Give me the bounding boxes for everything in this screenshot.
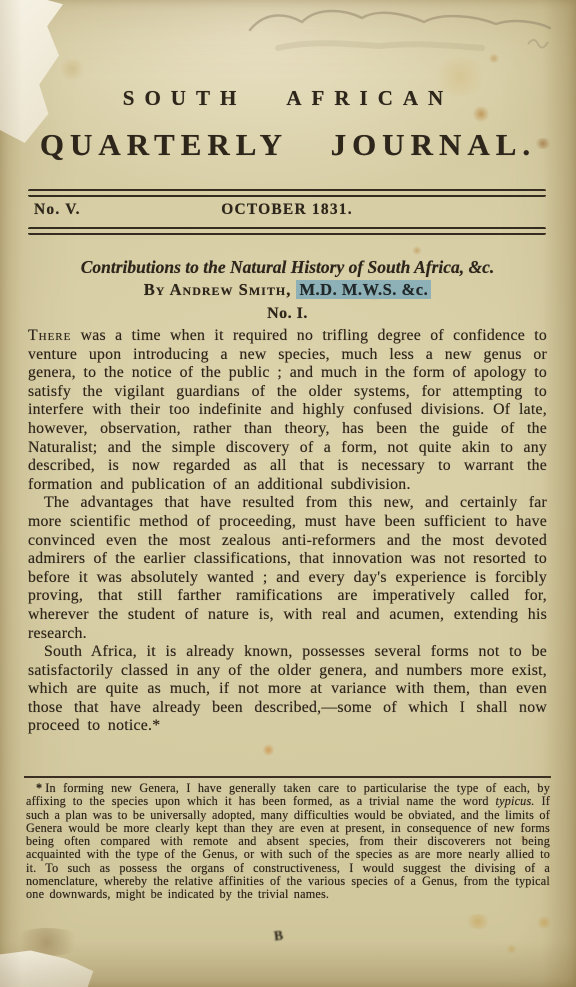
highlighted-text: M.D. M.W.S. &c. [296,280,431,299]
footnote-marker: * [26,781,45,795]
paragraph-1-lead: There [28,327,71,344]
issue-bar: No. V. OCTOBER 1831. [28,201,546,219]
footnote: *In forming new Genera, I have generally… [26,782,550,902]
foxing-stain [536,916,552,929]
paragraph-3: South Africa, it is already known, posse… [28,643,547,736]
byline: By Andrew Smith, M.D. M.W.S. &c. [28,280,547,300]
double-rule-top [28,189,546,197]
section-heading: No. I. [28,305,547,323]
article-title: Contributions to the Natural History of … [28,257,547,278]
article-head: Contributions to the Natural History of … [28,257,547,323]
torn-paper-patch-bottom-left [0,948,109,987]
footnote-rule [24,776,551,778]
signature-mark: B [273,928,284,945]
paragraph-1: There was a time when it required no tri… [28,327,547,494]
journal-page: SOUTH AFRICAN QUARTERLY JOURNAL. No. V. … [0,0,576,987]
handwriting-marks [238,0,574,70]
footnote-text-2: If such a plan was to be universally ado… [26,794,550,901]
journal-title-line2: QUARTERLY JOURNAL. [0,127,576,163]
foxing-stain [262,744,275,756]
issue-number: No. V. [34,201,81,219]
foxing-stain [464,914,492,929]
issue-date: OCTOBER 1831. [221,201,353,218]
double-rule-bottom [28,227,546,235]
article-body: There was a time when it required no tri… [28,327,547,736]
journal-title-line1: SOUTH AFRICAN [0,86,576,111]
footnote-text-1: In forming new Genera, I have generally … [26,781,550,808]
paragraph-1-text: was a time when it required no trifling … [28,327,547,493]
byline-author: By Andrew Smith, [144,280,297,299]
foxing-stain [58,58,86,80]
paragraph-2: The advantages that have resulted from t… [28,494,547,643]
foxing-stain [412,246,422,255]
foxing-stain [506,944,517,954]
footnote-italic-term: typicus. [496,794,535,808]
masthead: SOUTH AFRICAN QUARTERLY JOURNAL. [0,86,576,163]
foxing-stain [488,54,500,63]
